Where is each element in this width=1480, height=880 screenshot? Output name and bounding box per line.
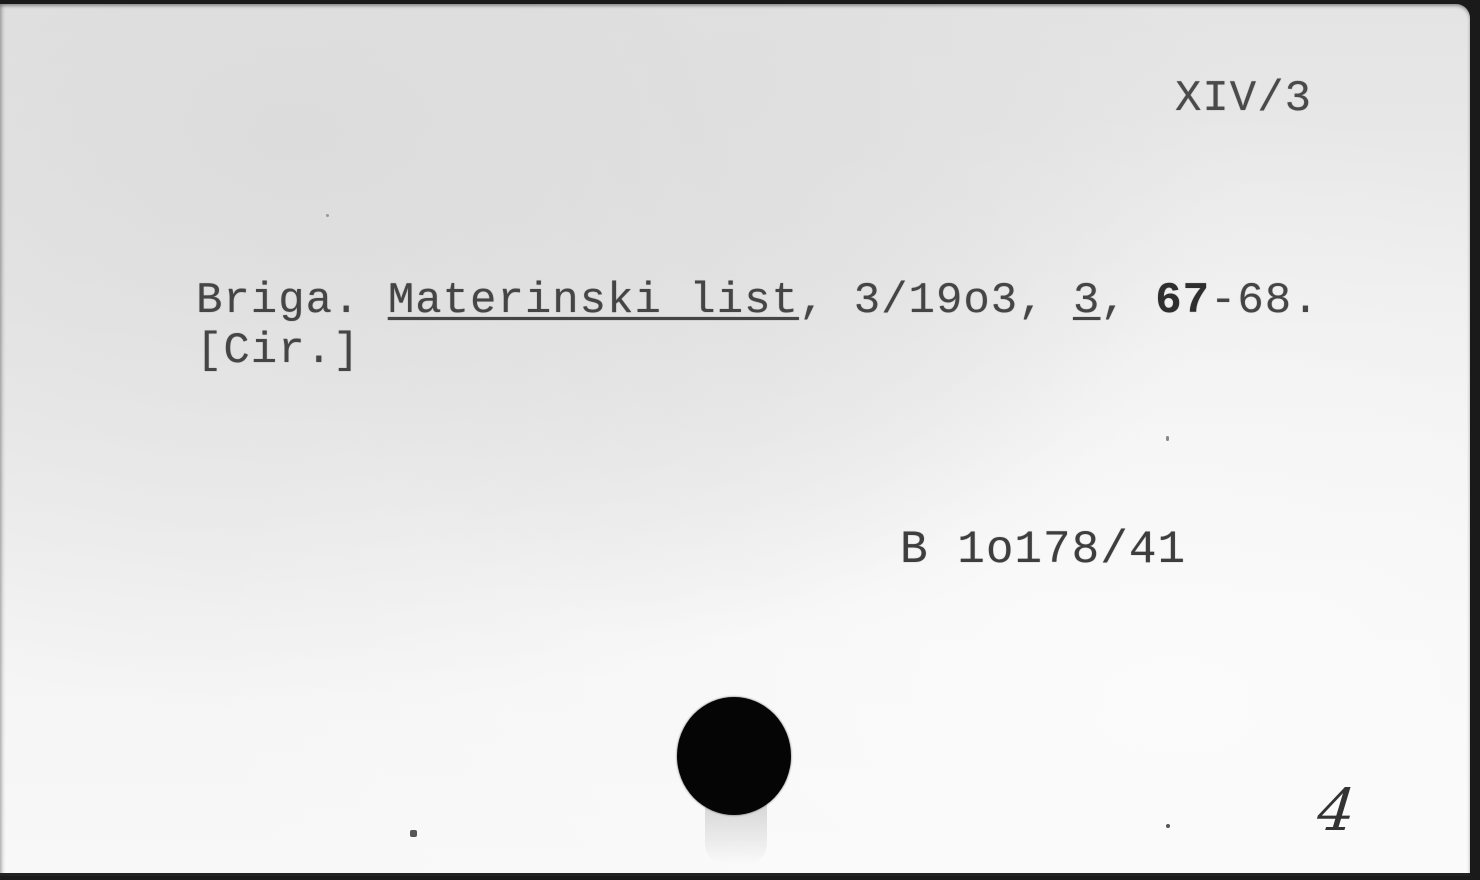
shelfmark: B 1o178/41 bbox=[900, 524, 1186, 576]
script-note: [Cir.] bbox=[196, 326, 360, 376]
ink-speck bbox=[1166, 824, 1170, 828]
punch-hole bbox=[677, 697, 791, 815]
citation-title: Materinski list bbox=[388, 276, 799, 326]
ink-speck bbox=[1166, 436, 1169, 441]
call-number: XIV/3 bbox=[1175, 74, 1312, 124]
citation-volume: 3 bbox=[1073, 276, 1100, 326]
ink-speck bbox=[410, 830, 417, 837]
citation-line: Briga. Materinski list, 3/19o3, 3, 67-68… bbox=[196, 276, 1320, 326]
citation-author: Briga. bbox=[196, 276, 360, 326]
ink-speck bbox=[326, 214, 329, 217]
citation-pages-rest: -68. bbox=[1210, 276, 1320, 326]
citation-pages-first: 67 bbox=[1155, 276, 1210, 326]
citation-separator: , bbox=[1100, 276, 1155, 326]
index-card: XIV/3 Briga. Materinski list, 3/19o3, 3,… bbox=[0, 4, 1470, 876]
citation-details: , 3/19o3, bbox=[799, 276, 1073, 326]
handwritten-number: 4 bbox=[1314, 776, 1358, 844]
